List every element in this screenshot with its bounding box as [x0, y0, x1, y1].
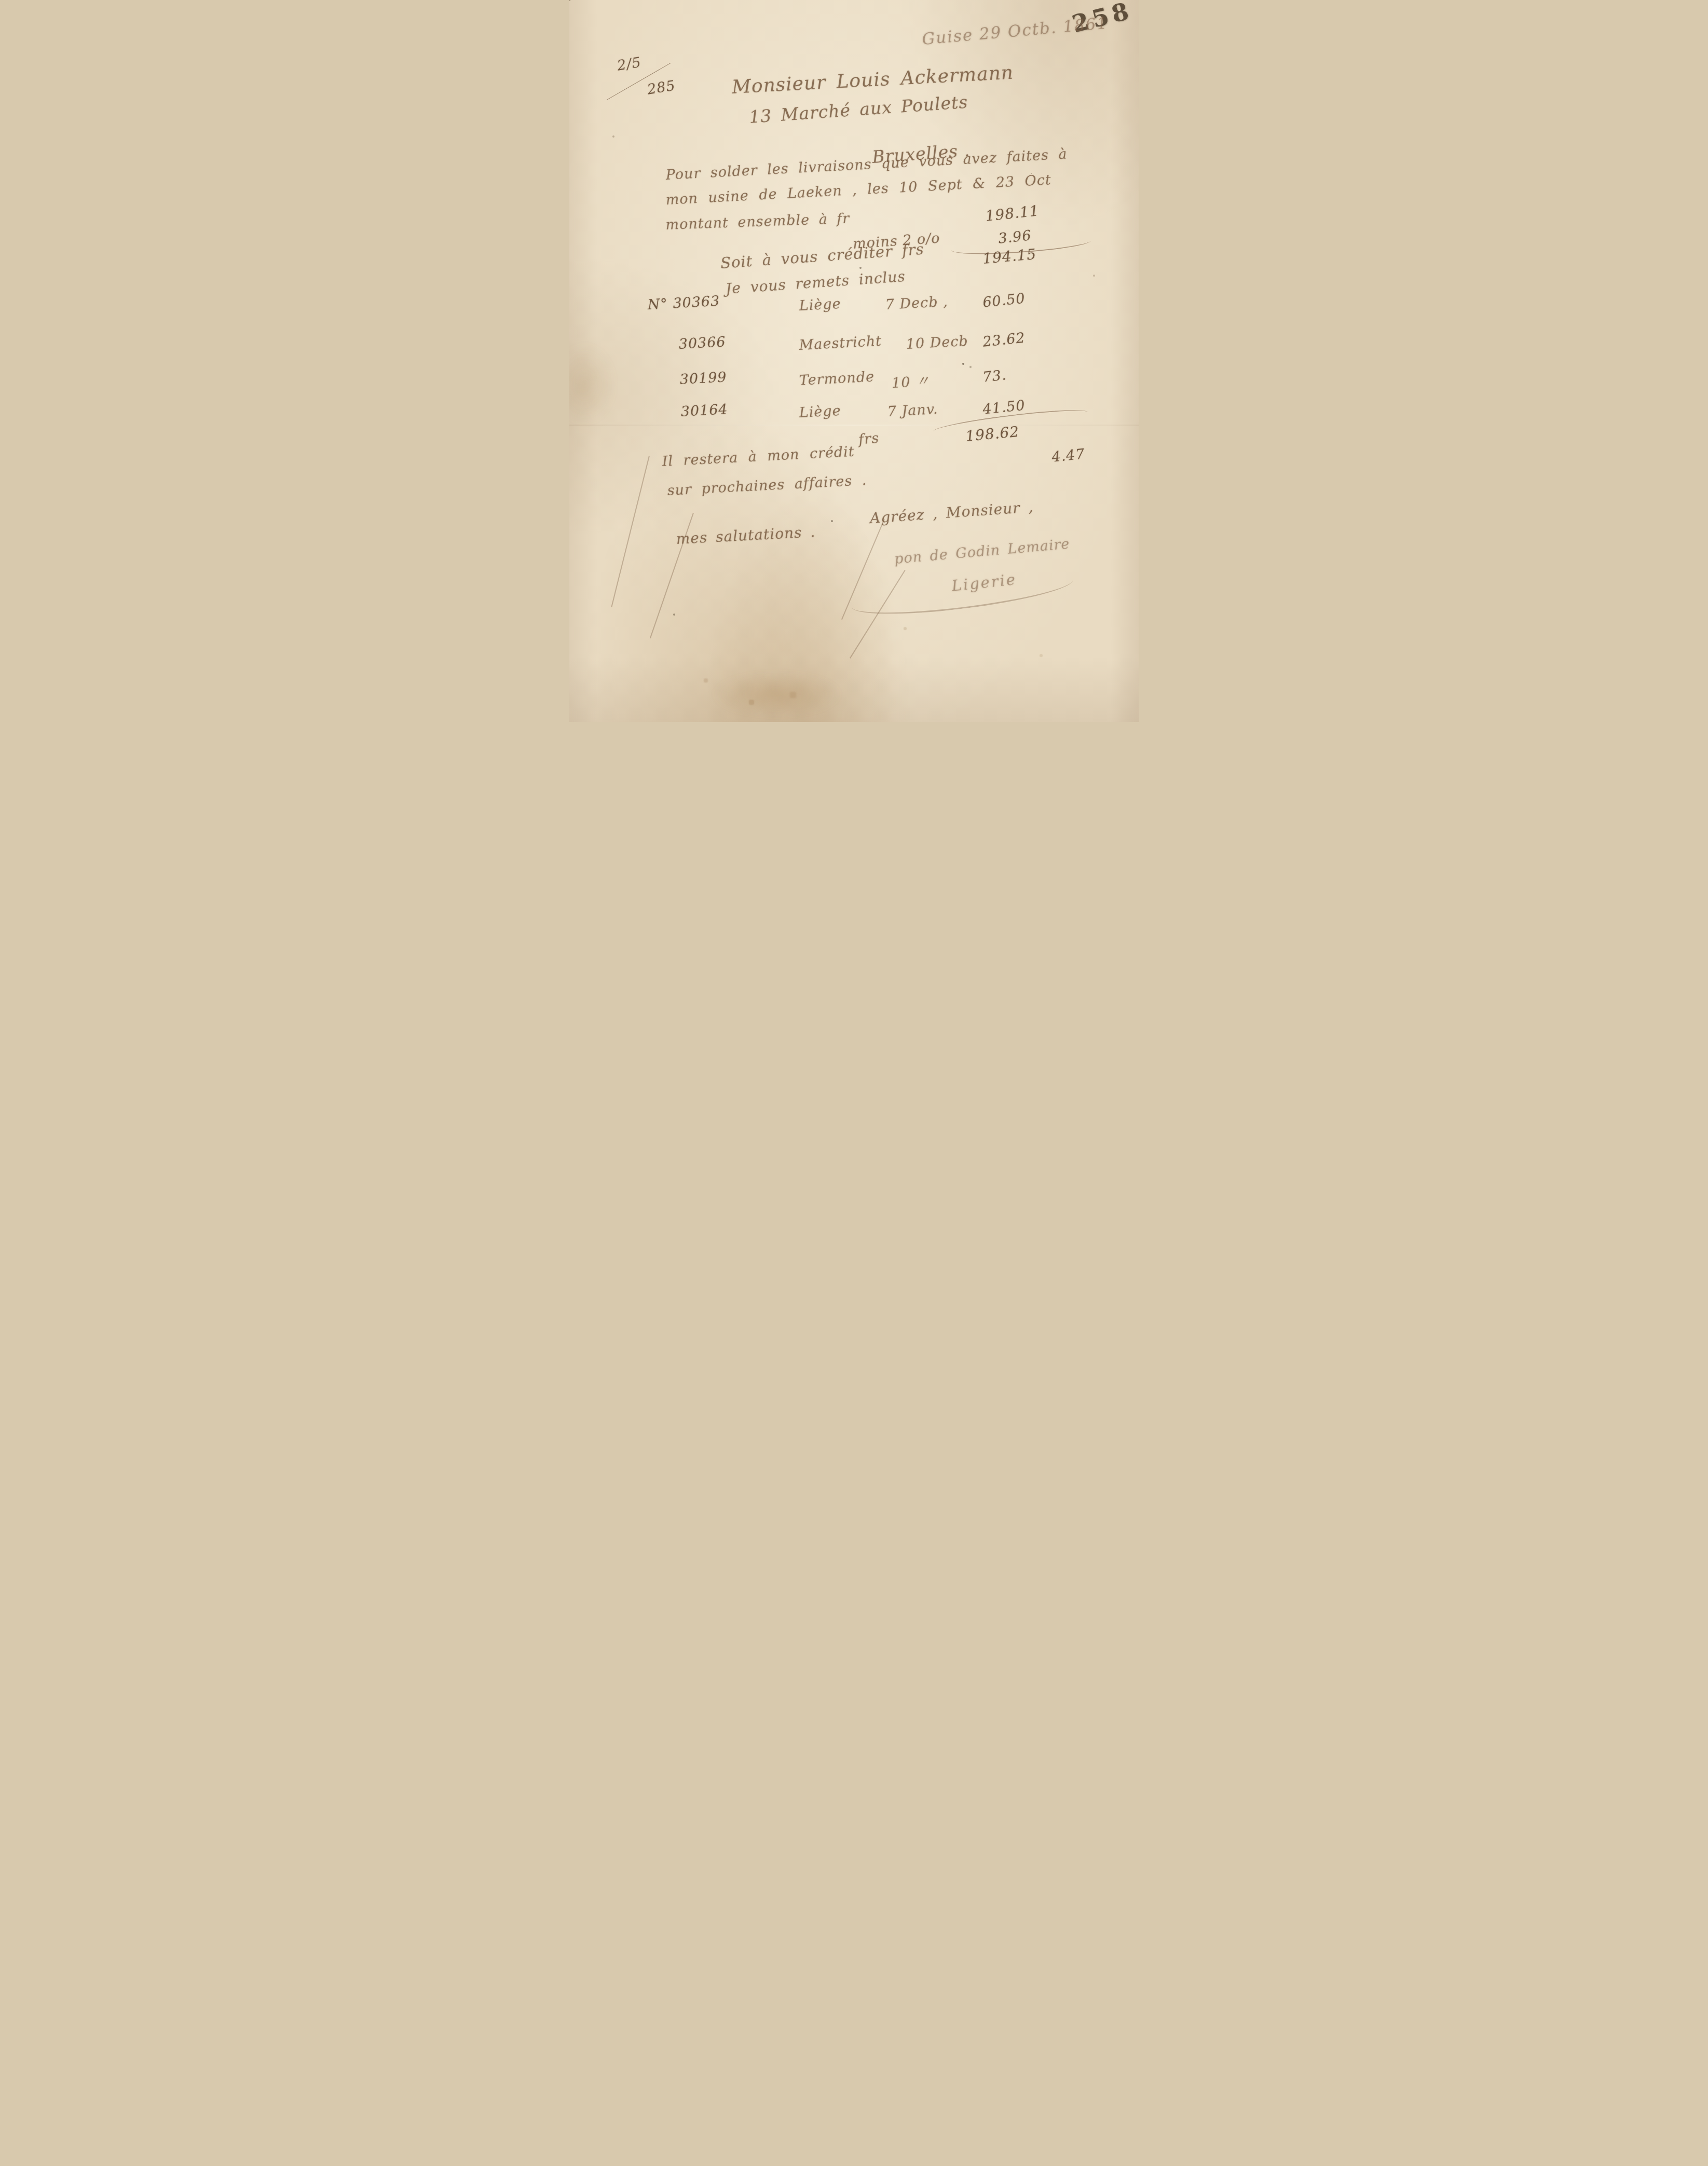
archive-mark-top: 2/5: [616, 55, 643, 74]
dateline: Guise 29 Octb. 1861: [921, 14, 1109, 49]
paper-stain-bottom: [712, 672, 842, 716]
paper-stain-left: [569, 343, 616, 426]
remittance-date: 10 〃: [891, 370, 931, 392]
signature-paraph: [850, 565, 1075, 622]
remittance-no: 30199: [679, 369, 727, 388]
body-line-3-label: montant ensemble à fr: [665, 211, 850, 233]
remittance-date: 7 Janv.: [887, 401, 938, 420]
remittance-amount: 73.: [982, 367, 1007, 386]
recipient-street: 13 Marché aux Poulets: [748, 92, 968, 127]
amount-total-gross: 198.11: [985, 202, 1040, 225]
remittance-place: Maestricht: [799, 333, 882, 353]
remittance-no: 30366: [678, 334, 726, 352]
remittance-amount: 23.62: [982, 330, 1026, 350]
remittance-no: 30164: [680, 401, 728, 420]
closing-line-1: Il restera à mon crédit: [662, 444, 855, 470]
pen-flourish: [650, 513, 694, 638]
closing-balance-value: 4.47: [1051, 446, 1086, 466]
pen-flourish: [611, 456, 650, 607]
body-line-5-label: Soit à vous créditer frs: [720, 240, 925, 272]
recipient-name: Monsieur Louis Ackermann: [731, 62, 1014, 98]
closing-line-4: mes salutations .: [676, 523, 816, 548]
remittance-place: Termonde: [799, 369, 875, 389]
letter-page: 258 2/5 285 Guise 29 Octb. 1861 Monsieur…: [569, 0, 1139, 722]
total-label: frs: [858, 430, 880, 448]
closing-line-2: sur prochaines affaires .: [667, 472, 867, 499]
remittance-date: 7 Decb ,: [885, 294, 948, 313]
remittance-no: N° 30363: [647, 293, 720, 313]
remittance-date: 10 Decb: [906, 333, 968, 352]
body-line-6: Je vous remets inclus: [725, 268, 906, 297]
paper-specks: [569, 0, 570, 1]
remittance-amount: 60.50: [982, 290, 1026, 310]
remittance-place: Liège: [799, 403, 841, 421]
remittance-row: 30366 Maestricht 10 Decb 23.62: [647, 336, 1073, 360]
pen-flourish: [850, 570, 906, 659]
remittance-row: 30199 Termonde 10 〃 73.: [647, 372, 1073, 396]
remittance-row: N° 30363 Liège 7 Decb , 60.50: [647, 297, 1073, 321]
archive-mark-bottom: 285: [646, 77, 677, 98]
signature-firm: pon de Godin Lemaire: [894, 536, 1071, 567]
remittance-place: Liège: [799, 296, 841, 314]
closing-salutation: Agréez , Monsieur ,: [869, 498, 1034, 527]
